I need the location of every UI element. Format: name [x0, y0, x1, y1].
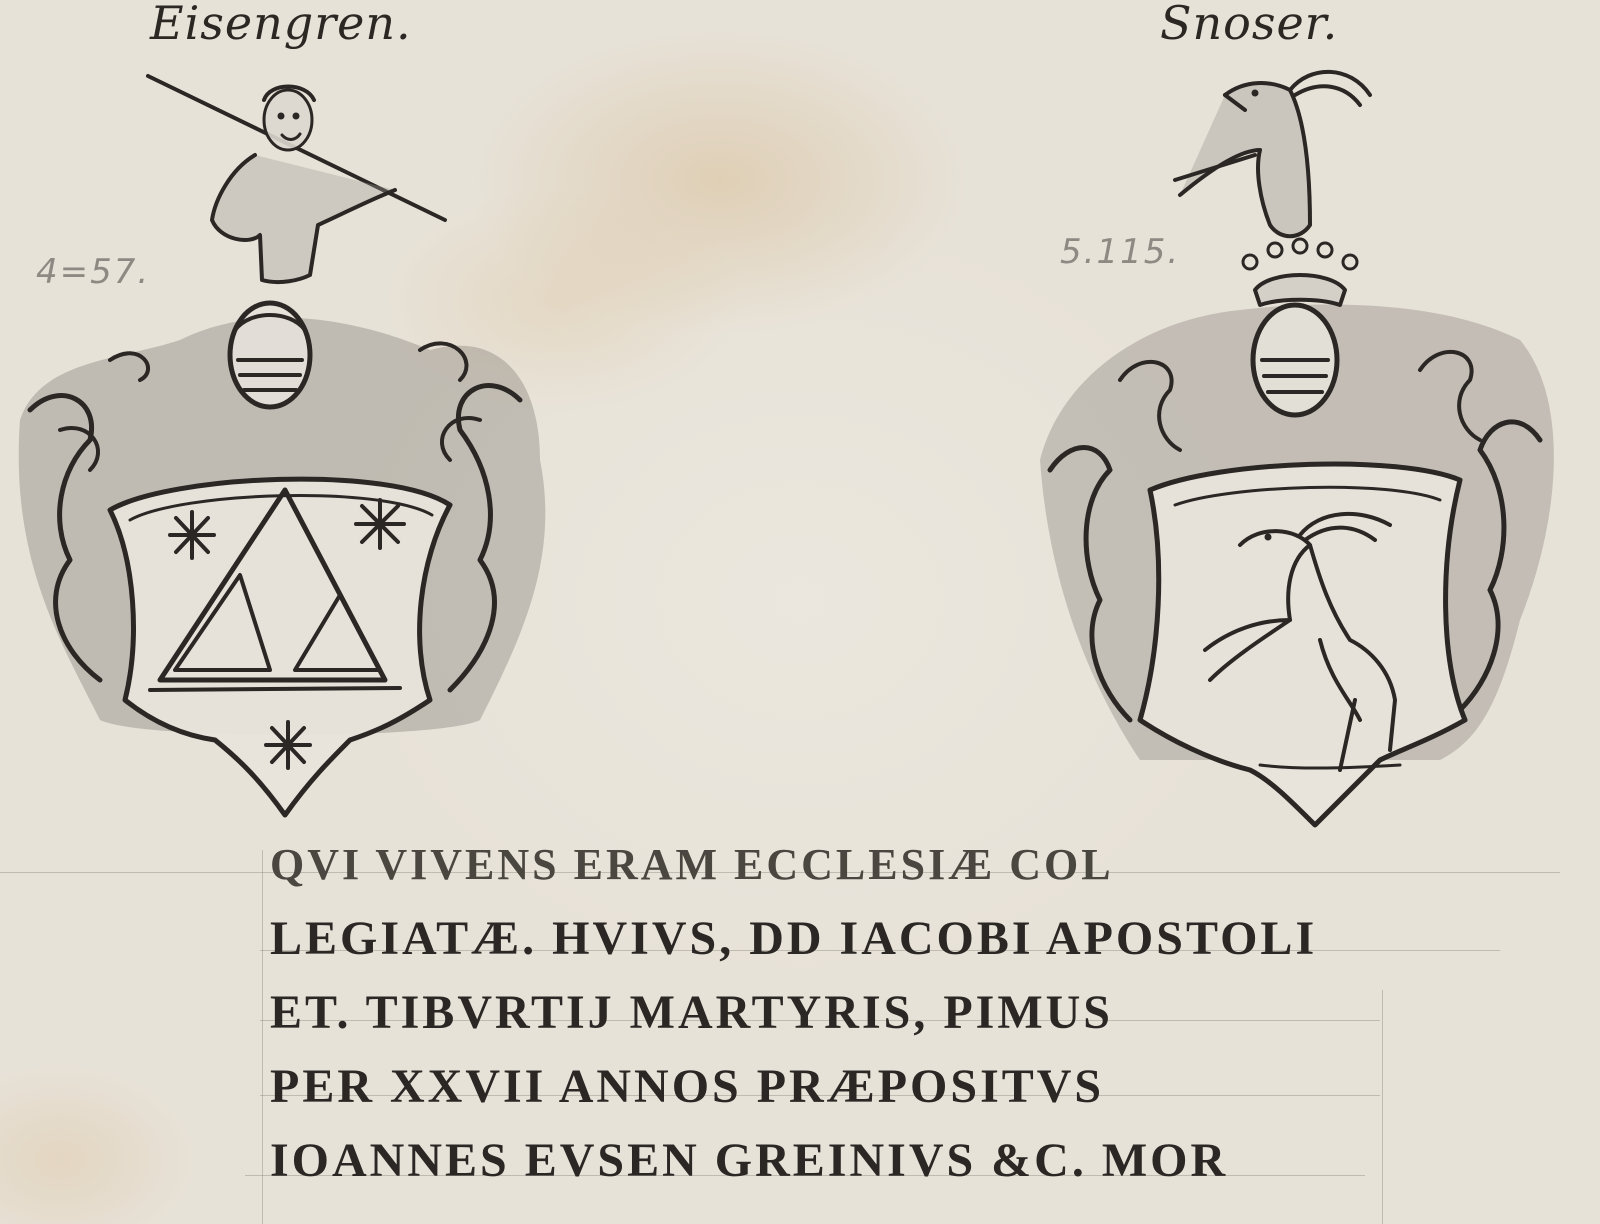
inscription-line-5: IOANNES EVSEN GREINIVS &C. MOR [270, 1124, 1510, 1198]
inscription-line-3: ET. TIBVRTIJ MARTYRIS, PIMUS [270, 976, 1510, 1050]
star-icon [266, 722, 310, 768]
star-icon [170, 512, 214, 558]
shield-outline [110, 479, 450, 815]
family-name-right: Snoser. [1160, 0, 1338, 50]
inscription-line-1: QVI VIVENS ERAM ECCLESIÆ COL [270, 828, 1510, 902]
crest-man-head [264, 90, 312, 150]
family-name-left: Eisengren. [150, 0, 412, 50]
inscription-line-4: PER XXVII ANNOS PRÆPOSITVS [270, 1050, 1510, 1124]
star-icon [356, 500, 404, 548]
ruled-margin [262, 850, 263, 1224]
crest-man-body [212, 155, 395, 282]
coat-of-arms-eisengren [0, 60, 580, 840]
coat-of-arms-snoser [1020, 50, 1580, 850]
shield-outline [1140, 464, 1465, 825]
crown-icon [1255, 275, 1345, 305]
inscription-line-2: LEGIATÆ. HVIVS, DD IACOBI APOSTOLI [270, 902, 1510, 976]
latin-inscription: QVI VIVENS ERAM ECCLESIÆ COL LEGIATÆ. HV… [270, 828, 1510, 1198]
